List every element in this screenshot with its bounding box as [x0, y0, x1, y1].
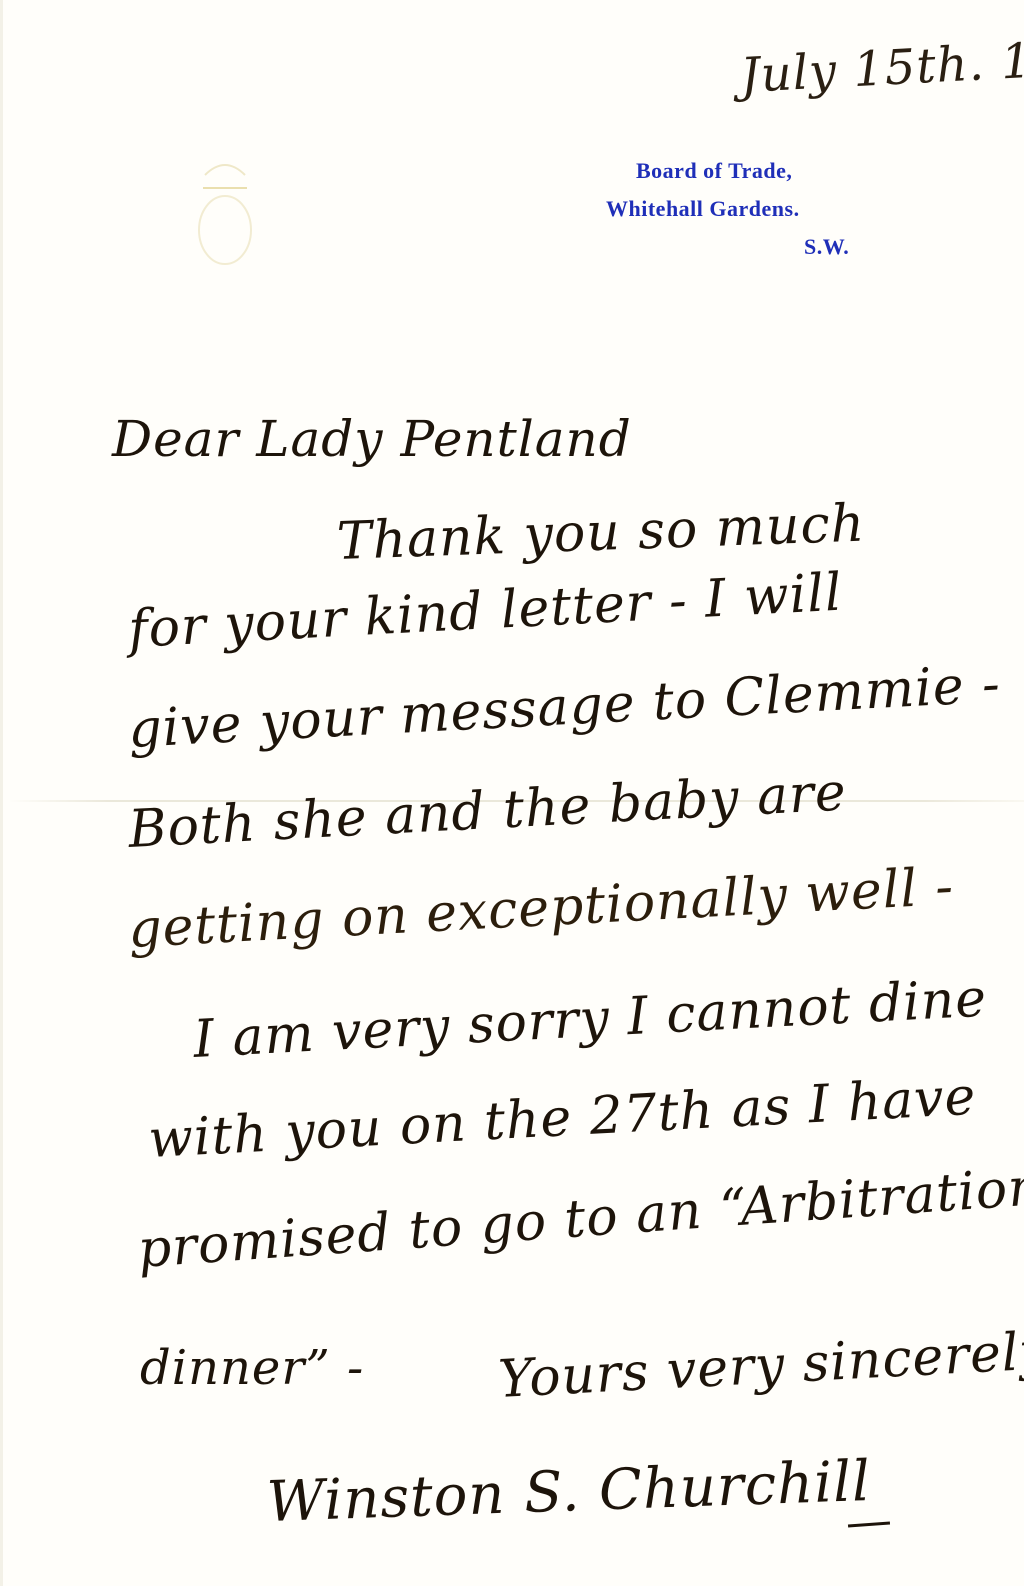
- signature: Winston S. Churchill: [266, 1449, 872, 1535]
- letterhead-line-1: Board of Trade,: [636, 158, 792, 184]
- page-edge: [0, 0, 3, 1586]
- body-line: give your message to Clemmie -: [127, 654, 1002, 760]
- embossed-crest-icon: [185, 150, 265, 270]
- body-line: for your kind letter - I will: [127, 563, 844, 660]
- body-line: Both she and the baby are: [127, 762, 848, 860]
- signature-underline: [848, 1522, 890, 1528]
- letter-date: July 15th. 1909: [739, 28, 1024, 104]
- body-line: Thank you so much: [336, 494, 866, 572]
- body-line: I am very sorry I cannot dine: [192, 968, 989, 1070]
- salutation: Dear Lady Pentland: [112, 410, 632, 468]
- body-line: getting on exceptionally well -: [127, 857, 956, 960]
- body-line: with you on the 27th as I have: [147, 1067, 978, 1170]
- letterhead-line-3: S.W.: [804, 234, 849, 260]
- body-line: dinner” -: [140, 1340, 364, 1396]
- closing: Yours very sincerely: [497, 1321, 1024, 1410]
- letterhead-line-2: Whitehall Gardens.: [606, 196, 800, 222]
- letter-page: July 15th. 1909 Board of Trade, Whitehal…: [0, 0, 1024, 1586]
- body-line: promised to go to an “Arbitration: [136, 1157, 1024, 1280]
